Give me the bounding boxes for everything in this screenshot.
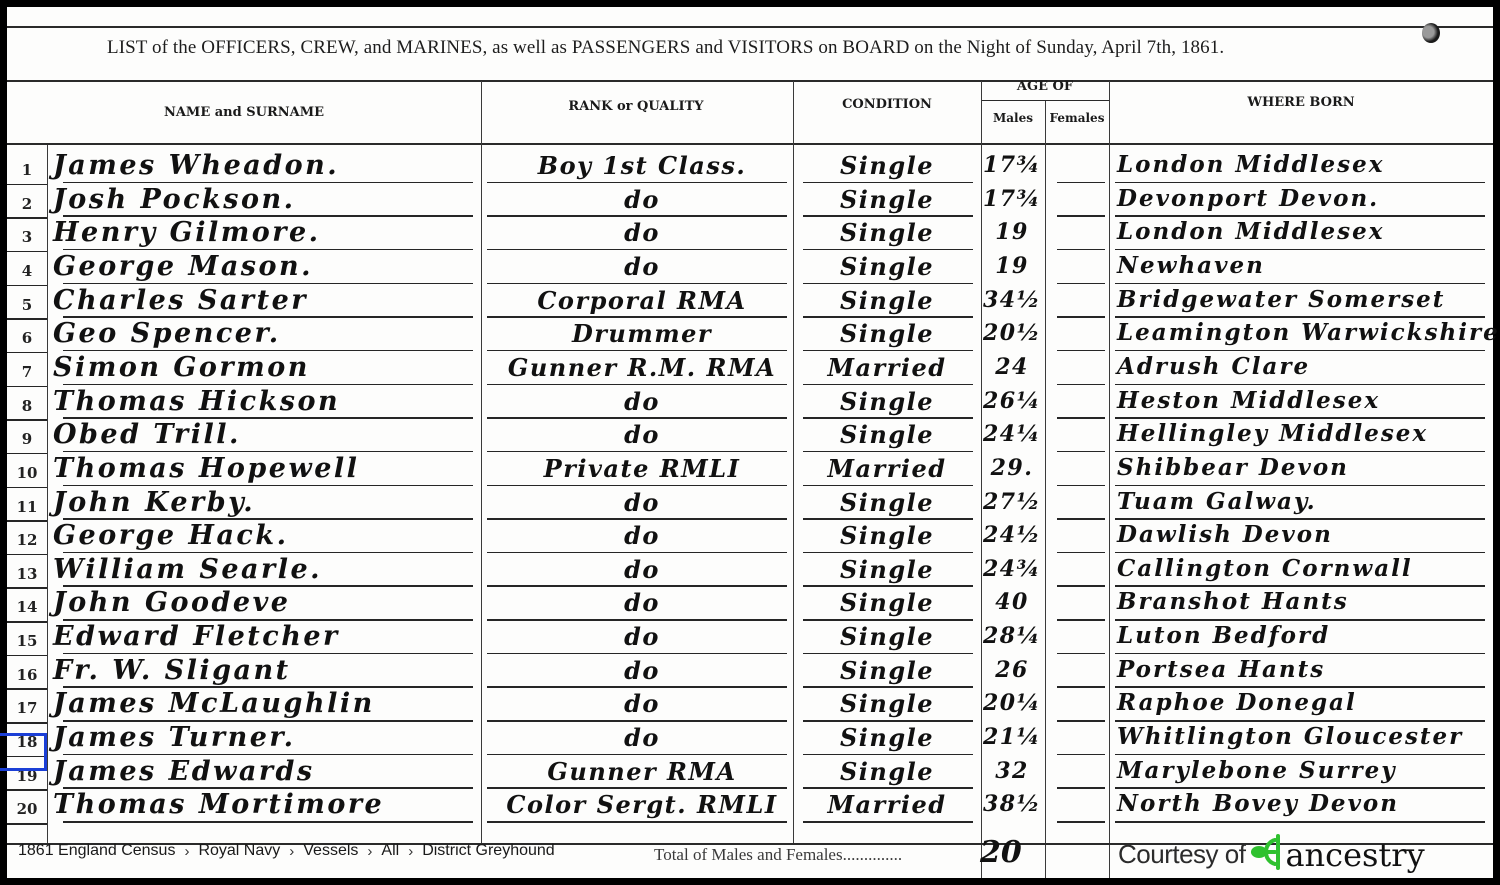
name-cell: James Edwards	[53, 756, 315, 787]
born-rule	[1115, 451, 1485, 453]
born-rule	[1115, 384, 1485, 386]
age-males-cell: 24¾	[982, 556, 1042, 582]
title-rule	[7, 80, 1493, 82]
condition-cell: Single	[797, 185, 977, 214]
females-dash	[1057, 720, 1105, 722]
breadcrumb-all[interactable]: All	[381, 842, 399, 860]
age-males-cell: 26¼	[982, 388, 1042, 414]
females-dash	[1057, 384, 1105, 386]
where-born-cell: Callington Cornwall	[1117, 555, 1413, 582]
row-number: 17	[7, 699, 47, 717]
name-cell: Geo Spencer.	[53, 318, 281, 349]
row-number: 4	[7, 262, 47, 280]
rank-rule	[487, 720, 787, 722]
row-number: 16	[7, 666, 47, 684]
rank-cell: do	[492, 185, 792, 214]
total-label: Total of Males and Females..............	[654, 845, 902, 865]
condition-cell: Single	[797, 151, 977, 180]
rank-cell: do	[492, 387, 792, 416]
age-males-cell: 20¼	[982, 690, 1042, 716]
name-cell: James Wheadon.	[53, 150, 339, 181]
females-dash	[1057, 316, 1105, 318]
age-males-cell: 24½	[982, 522, 1042, 548]
females-dash	[1057, 686, 1105, 688]
census-page-image: LIST of the OFFICERS, CREW, and MARINES,…	[7, 7, 1493, 878]
breadcrumb: 1861 England Census › Royal Navy › Vesse…	[18, 842, 555, 860]
row-number: 20	[7, 800, 47, 818]
row-number: 12	[7, 531, 47, 549]
age-males-cell: 26	[982, 657, 1042, 683]
females-dash	[1057, 585, 1105, 587]
condition-rule	[803, 215, 973, 217]
females-dash	[1057, 215, 1105, 217]
rank-cell: Drummer	[492, 319, 792, 348]
breadcrumb-vessels[interactable]: Vessels	[303, 842, 358, 860]
header-females: Females	[1045, 111, 1109, 125]
rank-cell: do	[492, 622, 792, 651]
rank-cell: Corporal RMA	[492, 286, 792, 315]
condition-rule	[803, 619, 973, 621]
name-rule	[63, 821, 473, 823]
condition-cell: Single	[797, 420, 977, 449]
condition-cell: Single	[797, 387, 977, 416]
condition-cell: Single	[797, 286, 977, 315]
where-born-cell: Marylebone Surrey	[1117, 757, 1397, 784]
where-born-cell: London Middlesex	[1117, 151, 1384, 178]
condition-rule	[803, 451, 973, 453]
condition-cell: Single	[797, 757, 977, 786]
name-cell: William Searle.	[53, 554, 322, 585]
rank-cell: Private RMLI	[492, 454, 792, 483]
rank-cell: do	[492, 420, 792, 449]
born-rule	[1115, 552, 1485, 554]
where-born-cell: Whitlington Gloucester	[1117, 723, 1463, 750]
age-males-cell: 19	[982, 219, 1042, 245]
condition-cell: Single	[797, 588, 977, 617]
row-number: 5	[7, 296, 47, 314]
condition-rule	[803, 350, 973, 352]
condition-rule	[803, 552, 973, 554]
rank-rule	[487, 350, 787, 352]
rank-cell: do	[492, 218, 792, 247]
chevron-right-icon: ›	[289, 843, 294, 860]
header-where-born: WHERE BORN	[1109, 95, 1493, 110]
where-born-cell: Newhaven	[1117, 252, 1265, 279]
condition-rule	[803, 653, 973, 655]
name-cell: Henry Gilmore.	[53, 217, 321, 248]
where-born-cell: Luton Bedford	[1117, 622, 1330, 649]
females-dash	[1057, 552, 1105, 554]
courtesy-text: Courtesy of	[1118, 839, 1245, 870]
females-dash	[1057, 754, 1105, 756]
rank-rule	[487, 552, 787, 554]
born-rule	[1115, 754, 1485, 756]
condition-cell: Single	[797, 723, 977, 752]
age-males-cell: 34½	[982, 287, 1042, 313]
condition-rule	[803, 249, 973, 251]
condition-rule	[803, 384, 973, 386]
born-rule	[1115, 619, 1485, 621]
attribution: Courtesy of ancestry	[1118, 834, 1425, 875]
row-number: 9	[7, 430, 47, 448]
name-cell: Thomas Mortimore	[53, 789, 384, 820]
females-dash	[1057, 653, 1105, 655]
selected-row-highlight[interactable]	[0, 733, 47, 771]
females-dash	[1057, 619, 1105, 621]
rank-cell: do	[492, 723, 792, 752]
condition-cell: Single	[797, 622, 977, 651]
rank-rule	[487, 585, 787, 587]
name-cell: Fr. W. Sligant	[53, 655, 291, 686]
breadcrumb-royal-navy[interactable]: Royal Navy	[198, 842, 280, 860]
where-born-cell: Branshot Hants	[1117, 588, 1349, 615]
females-dash	[1057, 787, 1105, 789]
row-number: 11	[7, 498, 47, 516]
header-condition: CONDITION	[793, 97, 981, 112]
total-value: 20	[980, 835, 1022, 870]
born-rule	[1115, 485, 1485, 487]
age-males-cell: 17¾	[982, 186, 1042, 212]
condition-rule	[803, 754, 973, 756]
females-dash	[1057, 485, 1105, 487]
row-number: 13	[7, 565, 47, 583]
chevron-right-icon: ›	[367, 843, 372, 860]
header-age-of: AGE OF	[981, 79, 1109, 94]
born-rule	[1115, 720, 1485, 722]
rank-rule	[487, 485, 787, 487]
age-males-cell: 24	[982, 354, 1042, 380]
rank-rule	[487, 451, 787, 453]
condition-rule	[803, 182, 973, 184]
rank-cell: Boy 1st Class.	[492, 151, 792, 180]
age-males-cell: 28¼	[982, 623, 1042, 649]
row-number: 6	[7, 329, 47, 347]
condition-cell: Single	[797, 689, 977, 718]
age-males-cell: 40	[982, 589, 1042, 615]
where-born-cell: North Bovey Devon	[1117, 790, 1399, 817]
where-born-cell: Heston Middlesex	[1117, 387, 1380, 414]
row-number: 14	[7, 598, 47, 616]
females-dash	[1057, 350, 1105, 352]
age-males-cell: 27½	[982, 489, 1042, 515]
where-born-cell: Raphoe Donegal	[1117, 689, 1357, 716]
rank-rule	[487, 417, 787, 419]
ancestry-logo[interactable]: ancestry	[1285, 836, 1424, 874]
row-number: 1	[7, 161, 47, 179]
rank-cell: Gunner RMA	[492, 757, 792, 786]
females-dash	[1057, 417, 1105, 419]
rank-cell: do	[492, 521, 792, 550]
condition-rule	[803, 787, 973, 789]
condition-rule	[803, 518, 973, 520]
where-born-cell: Leamington Warwickshire	[1117, 319, 1500, 346]
condition-rule	[803, 417, 973, 419]
condition-rule	[803, 485, 973, 487]
females-dash	[1057, 182, 1105, 184]
where-born-cell: London Middlesex	[1117, 218, 1384, 245]
condition-cell: Single	[797, 555, 977, 584]
rank-cell: do	[492, 252, 792, 281]
age-males-cell: 17¾	[982, 152, 1042, 178]
age-males-cell: 29.	[982, 455, 1042, 481]
rank-rule	[487, 384, 787, 386]
name-cell: Thomas Hopewell	[53, 453, 359, 484]
rank-rule	[487, 821, 787, 823]
where-born-cell: Devonport Devon.	[1117, 185, 1379, 212]
circle-hole-icon	[1422, 23, 1440, 43]
rank-cell: do	[492, 588, 792, 617]
females-dash	[1057, 821, 1105, 823]
condition-rule	[803, 585, 973, 587]
age-males-cell: 24¼	[982, 421, 1042, 447]
name-cell: Thomas Hickson	[53, 386, 340, 417]
where-born-cell: Shibbear Devon	[1117, 454, 1349, 481]
rank-rule	[487, 316, 787, 318]
rank-cell: do	[492, 689, 792, 718]
age-males-cell: 20½	[982, 320, 1042, 346]
age-males-cell: 38½	[982, 791, 1042, 817]
rank-rule	[487, 686, 787, 688]
where-born-cell: Hellingley Middlesex	[1117, 420, 1428, 447]
rank-rule	[487, 518, 787, 520]
row-number: 3	[7, 228, 47, 246]
where-born-cell: Portsea Hants	[1117, 656, 1325, 683]
row-number: 15	[7, 632, 47, 650]
rank-cell: Gunner R.M. RMA	[492, 353, 792, 382]
name-cell: George Hack.	[53, 520, 288, 551]
condition-cell: Married	[797, 454, 977, 483]
condition-rule	[803, 720, 973, 722]
where-born-cell: Tuam Galway.	[1117, 488, 1317, 515]
header-males: Males	[981, 111, 1045, 125]
age-males-cell: 32	[982, 758, 1042, 784]
born-rule	[1115, 350, 1485, 352]
born-rule	[1115, 215, 1485, 217]
row-number: 2	[7, 195, 47, 213]
rank-cell: do	[492, 555, 792, 584]
breadcrumb-1861-england-census[interactable]: 1861 England Census	[18, 842, 175, 860]
females-dash	[1057, 249, 1105, 251]
header-rule	[7, 143, 1493, 145]
row-number: 8	[7, 397, 47, 415]
born-rule	[1115, 686, 1485, 688]
name-cell: John Kerby.	[53, 487, 255, 518]
rank-rule	[487, 182, 787, 184]
name-cell: Josh Pockson.	[53, 184, 296, 215]
rank-cell: do	[492, 488, 792, 517]
name-cell: John Goodeve	[53, 587, 290, 618]
rank-rule	[487, 619, 787, 621]
document-title: LIST of the OFFICERS, CREW, and MARINES,…	[107, 37, 1407, 59]
row-number: 10	[7, 464, 47, 482]
born-rule	[1115, 249, 1485, 251]
where-born-cell: Bridgewater Somerset	[1117, 286, 1445, 313]
row-number: 7	[7, 363, 47, 381]
rank-rule	[487, 215, 787, 217]
breadcrumb-district-greyhound[interactable]: District Greyhound	[422, 842, 555, 860]
name-cell: Simon Gormon	[53, 352, 310, 383]
age-males-cell: 21¼	[982, 724, 1042, 750]
condition-cell: Single	[797, 319, 977, 348]
row-number-rule	[7, 823, 47, 825]
condition-cell: Married	[797, 353, 977, 382]
condition-cell: Single	[797, 656, 977, 685]
born-rule	[1115, 316, 1485, 318]
age-males-cell: 19	[982, 253, 1042, 279]
name-cell: Edward Fletcher	[53, 621, 340, 652]
condition-rule	[803, 283, 973, 285]
condition-cell: Single	[797, 218, 977, 247]
chevron-right-icon: ›	[184, 843, 189, 860]
header-rank: RANK or QUALITY	[481, 99, 791, 114]
rank-cell: Color Sergt. RMLI	[492, 790, 792, 819]
rank-rule	[487, 283, 787, 285]
ancestry-leaf-icon	[1249, 834, 1283, 875]
born-rule	[1115, 821, 1485, 823]
name-cell: George Mason.	[53, 251, 313, 282]
born-rule	[1115, 417, 1485, 419]
chevron-right-icon: ›	[408, 843, 413, 860]
condition-rule	[803, 316, 973, 318]
born-rule	[1115, 182, 1485, 184]
rank-rule	[487, 653, 787, 655]
condition-rule	[803, 686, 973, 688]
born-rule	[1115, 283, 1485, 285]
condition-rule	[803, 821, 973, 823]
condition-cell: Single	[797, 488, 977, 517]
where-born-cell: Adrush Clare	[1117, 353, 1310, 380]
born-rule	[1115, 518, 1485, 520]
females-dash	[1057, 518, 1105, 520]
name-cell: James Turner.	[53, 722, 296, 753]
females-dash	[1057, 283, 1105, 285]
condition-cell: Single	[797, 521, 977, 550]
condition-cell: Single	[797, 252, 977, 281]
born-rule	[1115, 653, 1485, 655]
females-dash	[1057, 451, 1105, 453]
born-rule	[1115, 585, 1485, 587]
name-cell: James McLaughlin	[53, 688, 375, 719]
top-rule	[7, 26, 1493, 28]
rank-cell: do	[492, 656, 792, 685]
header-name: NAME and SURNAME	[7, 105, 481, 120]
rank-rule	[487, 787, 787, 789]
born-rule	[1115, 787, 1485, 789]
name-cell: Obed Trill.	[53, 419, 241, 450]
rank-rule	[487, 754, 787, 756]
where-born-cell: Dawlish Devon	[1117, 521, 1333, 548]
rank-rule	[487, 249, 787, 251]
name-cell: Charles Sarter	[53, 285, 308, 316]
condition-cell: Married	[797, 790, 977, 819]
